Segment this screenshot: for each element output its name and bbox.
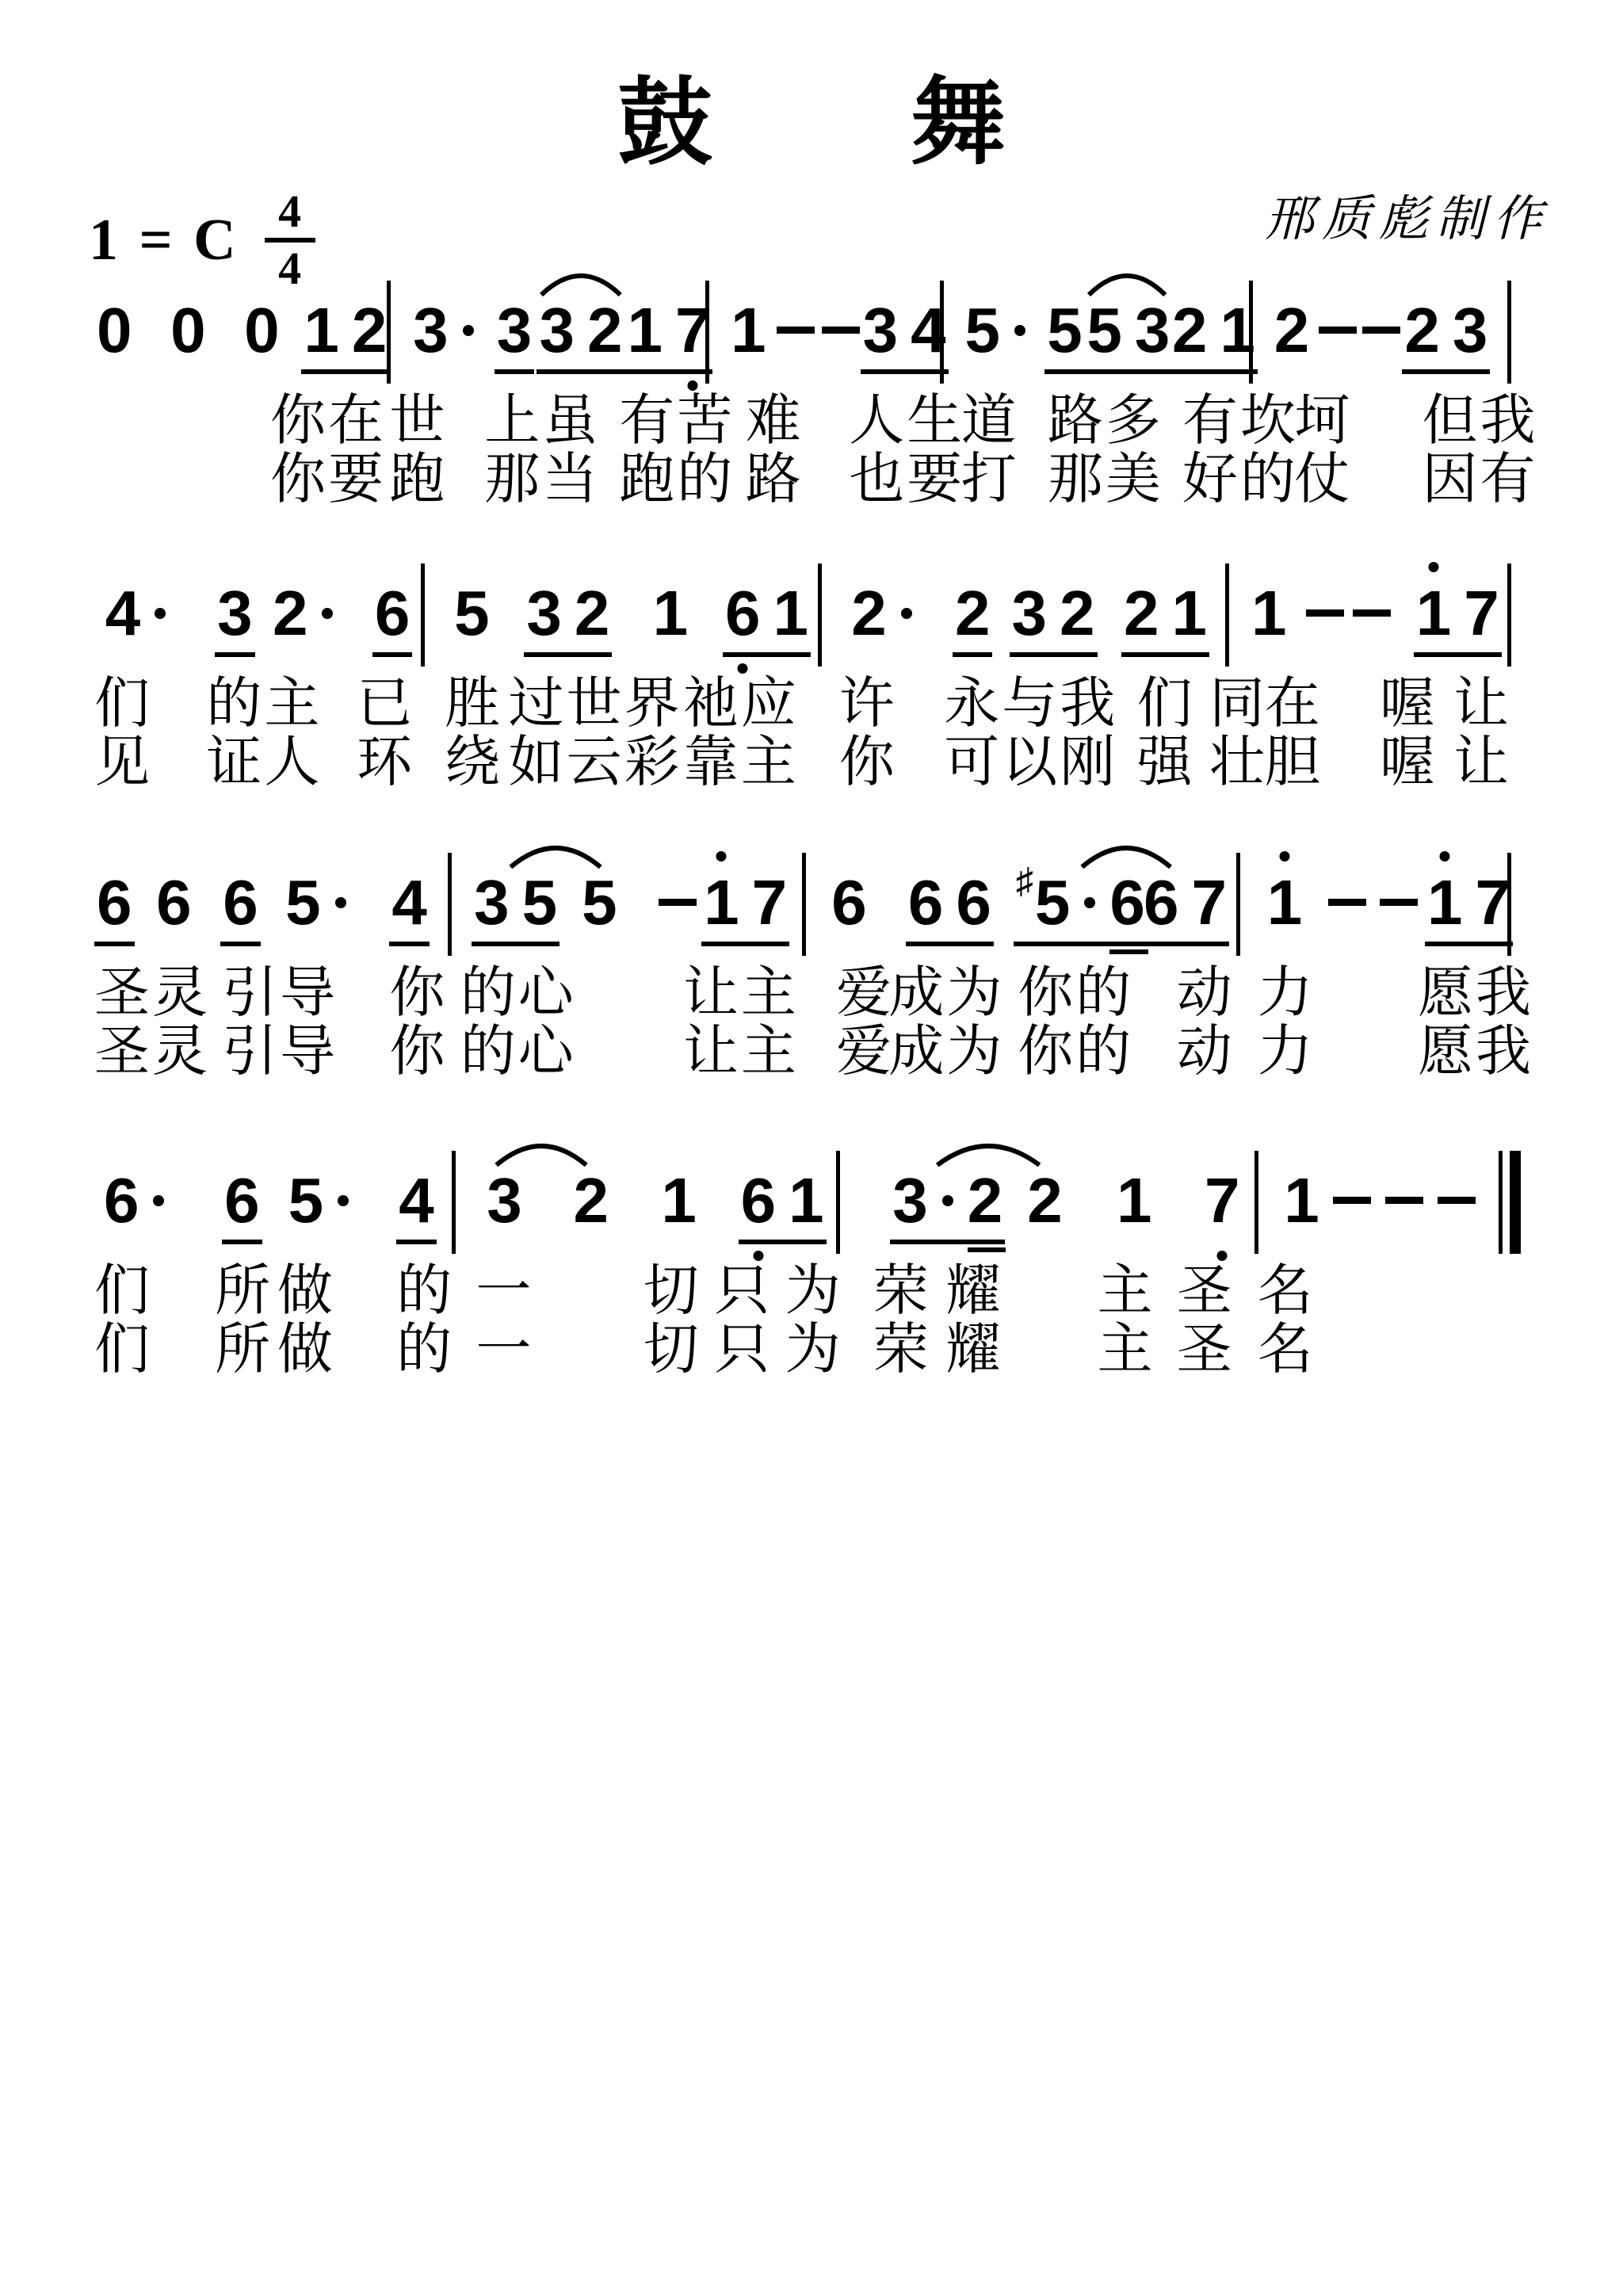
augmentation-dot	[1014, 325, 1025, 336]
note-group: 21	[1121, 583, 1209, 657]
lyric-chunk: 世	[389, 390, 447, 451]
note-digit: 2	[575, 583, 610, 644]
note-group: 6	[829, 872, 869, 934]
note-group: 0	[168, 300, 208, 361]
note-group: 17	[701, 872, 789, 946]
note-group: 1	[1281, 1170, 1322, 1232]
lyric-chunk: 做	[277, 1319, 335, 1380]
music-system-1: 00012333217134555321223 你在世上虽有苦难人生道路多有坎坷…	[94, 300, 1513, 379]
lyric-chunk: 的心	[460, 962, 576, 1023]
note: 3	[892, 1170, 928, 1232]
beamed-notes: 61	[723, 583, 811, 657]
note-group: 6	[94, 872, 135, 946]
lyric-chunk: 名	[1258, 1319, 1316, 1380]
note: 1	[661, 1170, 697, 1232]
duration-dash	[1380, 899, 1418, 906]
lyric-chunk: 圣	[1177, 1319, 1235, 1380]
note: 1	[1427, 872, 1463, 934]
notation-line: 6665435517666♯5667117	[94, 872, 1513, 951]
note-digit: 6	[831, 872, 867, 934]
lyric-chunk: 为	[785, 1260, 843, 1321]
barline	[1254, 1151, 1258, 1254]
augmentation-dot	[335, 897, 346, 908]
key-signature: 1 = C 4 4	[89, 189, 320, 292]
lyric-chunk: 过世界	[509, 673, 682, 734]
note-group: 1	[1114, 1170, 1155, 1232]
note: 3	[413, 300, 449, 361]
lyric-chunk: 上虽	[484, 390, 600, 451]
note: 7	[1464, 583, 1499, 644]
note-group: 6	[154, 872, 194, 934]
slur-arc	[495, 1135, 588, 1167]
lyric-chunk: 同	[1209, 673, 1267, 734]
duration-dash	[659, 899, 697, 906]
note-digit: 7	[1464, 583, 1499, 644]
lyric-chunk: 人生	[849, 390, 964, 451]
lyric-chunk: 们	[94, 1319, 152, 1380]
beamed-notes: 53	[1084, 300, 1172, 374]
note-digit: 5	[522, 872, 558, 934]
lyric-chunk: 切	[643, 1260, 701, 1321]
note-digit: 3	[526, 583, 562, 644]
note-digit: 1	[1267, 872, 1303, 934]
note-digit: 1	[1251, 583, 1287, 644]
barline	[1249, 281, 1253, 384]
final-barline-thick	[1510, 1151, 1521, 1254]
lyric-chunk: 们	[1137, 673, 1195, 734]
lyric-chunk: 那美	[1048, 449, 1163, 510]
beamed-notes: 66	[906, 872, 994, 946]
notes: 1	[1114, 1170, 1155, 1232]
note: 1	[1284, 1170, 1319, 1232]
barline	[1507, 853, 1511, 956]
lyric-chunk: 愿我	[1418, 962, 1533, 1023]
beamed-notes: 32	[524, 583, 612, 657]
note-group: 2	[1025, 1170, 1065, 1232]
lyric-chunk: 强	[1137, 732, 1195, 793]
augmentation-dot	[153, 1195, 164, 1206]
lyric-chunk: 成为	[888, 962, 1004, 1023]
notes: 1	[1281, 1170, 1322, 1232]
note: 6	[375, 583, 411, 644]
beamed-notes: 21	[1121, 583, 1209, 657]
note-group: 5	[452, 583, 492, 644]
notes: 7	[1202, 1170, 1243, 1232]
note-digit: 2	[1027, 1170, 1063, 1232]
lyric-chunk: 靠主	[683, 732, 799, 793]
notes: 2	[1025, 1170, 1065, 1232]
lyric-chunk: 你	[389, 1021, 447, 1082]
note: 1	[304, 300, 339, 361]
note: 3	[497, 300, 533, 361]
note: 2	[273, 583, 308, 644]
lyric-chunk: 有苦	[619, 390, 735, 451]
note: 6	[156, 872, 192, 934]
lyric-chunk: 只	[714, 1319, 772, 1380]
notes: 2	[571, 1170, 611, 1232]
note-group: 4	[389, 872, 430, 946]
lyric-chunk: 打	[961, 449, 1019, 510]
note: 2	[968, 1170, 1003, 1232]
notes: 1	[651, 583, 691, 644]
note-group: 34	[861, 300, 949, 374]
note-digit: 3	[1453, 300, 1488, 361]
lyrics-verse-1: 们的主已胜过世界祂应许永与我们同在喔让	[94, 673, 1513, 736]
note-digit: 2	[1060, 583, 1095, 644]
lyric-chunk: 也要	[849, 449, 964, 510]
note-digit: 0	[244, 300, 280, 361]
note: 7	[1476, 872, 1511, 934]
note: 2	[587, 300, 623, 361]
note-digit: 6	[1109, 872, 1145, 934]
note-digit: 6	[223, 872, 258, 934]
note: 1	[773, 583, 808, 644]
lyric-chunk: 胜	[445, 673, 502, 734]
lyric-chunk: 一	[476, 1319, 534, 1380]
lyric-chunk: 只	[714, 1260, 772, 1321]
notes: 5	[286, 1170, 353, 1232]
note-group: 3	[215, 583, 255, 657]
note-digit: 2	[273, 583, 308, 644]
lyric-chunk: 因有	[1422, 449, 1537, 510]
note-digit: 2	[587, 300, 623, 361]
barline	[421, 563, 425, 667]
lyric-chunk: 许	[839, 673, 897, 734]
lyric-chunk: 你	[389, 962, 447, 1023]
note-digit: 6	[156, 872, 192, 934]
lyric-chunk: 动	[1177, 962, 1235, 1023]
lyric-chunk: 好的	[1182, 449, 1298, 510]
song-title-char-2: 舞	[911, 76, 1006, 171]
lyric-chunk: 如云彩	[509, 732, 682, 793]
lyric-chunk: 成为	[888, 1021, 1004, 1082]
lyric-chunk: 见	[94, 732, 152, 793]
note-digit: 7	[1476, 872, 1511, 934]
lyric-chunk: 名	[1258, 1260, 1316, 1321]
note: 5	[1047, 300, 1083, 361]
lyric-chunk: 所	[215, 1319, 273, 1380]
note-group: 61	[723, 583, 811, 657]
note-group: 0	[242, 300, 282, 361]
note: 1	[1416, 583, 1452, 644]
beamed-notes: 4	[389, 872, 430, 946]
note: 7	[752, 872, 788, 934]
lyric-chunk: 你在	[270, 390, 386, 451]
slur-arc	[1080, 837, 1172, 869]
notes: 1	[1249, 583, 1289, 644]
note: ♯5	[1016, 872, 1071, 934]
note: 5	[1086, 300, 1122, 361]
beamed-notes: 4	[396, 1170, 437, 1244]
beamed-notes: 61	[739, 1170, 827, 1244]
duration-dash	[822, 327, 860, 334]
lyric-chunk: 祂应	[683, 673, 799, 734]
note-digit: 3	[892, 1170, 928, 1232]
note-group: 2	[1272, 300, 1312, 361]
note-group: 4	[103, 583, 170, 644]
note: 7	[1192, 872, 1228, 934]
note-group: 5	[962, 300, 1029, 361]
note-group: 3	[495, 300, 535, 374]
note-digit: 4	[391, 872, 427, 934]
note-group: 2	[571, 1170, 611, 1232]
lyric-chunk: 动	[1177, 1021, 1235, 1082]
lyrics-verse-2: 见证人环绕如云彩靠主你可以刚强壮胆喔让	[94, 732, 1513, 795]
note-digit: 1	[653, 583, 689, 644]
note: 6	[741, 1170, 777, 1232]
note-digit: 5	[582, 872, 617, 934]
barline	[1236, 853, 1240, 956]
music-system-2: 4326532161223221117 们的主已胜过世界祂应许永与我们同在喔让 …	[94, 583, 1513, 662]
augmentation-dot	[1084, 897, 1095, 908]
lyrics-verse-1: 你在世上虽有苦难人生道路多有坎坷但我	[94, 390, 1513, 453]
note-digit: 1	[789, 1170, 824, 1232]
slur-arc	[935, 1135, 1041, 1167]
lyric-chunk: 你	[839, 732, 897, 793]
note: 5	[522, 872, 558, 934]
note: 1	[704, 872, 739, 934]
note: 7	[1205, 1170, 1240, 1232]
note-digit: 3	[863, 300, 899, 361]
lyric-chunk: 的	[396, 1319, 454, 1380]
lyric-chunk: 跑	[389, 449, 447, 510]
notes: 2	[849, 583, 916, 644]
notes: 4	[103, 583, 170, 644]
beamed-notes: 6	[220, 872, 261, 946]
barline	[387, 281, 391, 384]
lyric-chunk: 力	[1258, 962, 1316, 1023]
note-digit: 7	[1192, 872, 1228, 934]
notes: 5	[283, 872, 350, 934]
lyrics-verse-1: 们所做的一切只为荣耀主圣名	[94, 1260, 1513, 1324]
music-system-3: 6665435517666♯5667117 圣灵引导你的心让主爱成为你的动力愿我…	[94, 872, 1513, 951]
note-digit: 2	[1274, 300, 1310, 361]
note-digit: 1	[1416, 583, 1452, 644]
notes: 5	[579, 872, 620, 934]
lyric-chunk: 环	[357, 732, 414, 793]
note: 3	[1135, 300, 1170, 361]
notes: 5	[452, 583, 492, 644]
note-group: 1	[651, 583, 691, 644]
lyric-chunk: 引导	[222, 1021, 338, 1082]
note: 6	[1109, 872, 1145, 934]
note-group: 66	[906, 872, 994, 946]
note-group: 32	[537, 300, 624, 374]
lyric-chunk: 你要	[270, 449, 386, 510]
note-group: 67	[1141, 872, 1229, 946]
note-digit: 6	[375, 583, 411, 644]
beamed-notes: 34	[861, 300, 949, 374]
note-group: 3	[484, 1170, 525, 1232]
notes: 6	[101, 1170, 169, 1232]
note-group: 6	[372, 583, 413, 657]
notes: 3	[484, 1170, 525, 1232]
lyric-chunk: 力	[1258, 1021, 1316, 1082]
lyric-chunk: 圣灵	[94, 962, 210, 1023]
note: 2	[1274, 300, 1310, 361]
note-digit: 1	[1427, 872, 1463, 934]
lyric-chunk: 绕	[445, 732, 502, 793]
note-group: 32	[1010, 583, 1098, 657]
note-digit: 4	[105, 583, 141, 644]
lyric-chunk: 喔	[1380, 673, 1438, 734]
note: 2	[1027, 1170, 1063, 1232]
note-digit: 1	[773, 583, 808, 644]
notation-line: 665432161322171	[94, 1170, 1513, 1249]
lyric-chunk: 有坎	[1182, 390, 1298, 451]
slur-arc	[1087, 265, 1167, 296]
note-digit: 2	[573, 1170, 609, 1232]
notes: 1	[659, 1170, 699, 1232]
beamed-notes: 17	[624, 300, 712, 374]
lyric-chunk: 引导	[222, 962, 338, 1023]
lyrics-verse-2: 圣灵引导你的心让主爱成为你的动力愿我	[94, 1021, 1513, 1084]
high-octave-dot	[1428, 562, 1438, 572]
lyric-chunk: 跑的	[619, 449, 735, 510]
lyric-chunk: 的	[396, 1260, 454, 1321]
final-barline-thin	[1499, 1151, 1503, 1254]
beamed-notes: 21	[1170, 300, 1258, 374]
lyric-chunk: 让主	[683, 1021, 799, 1082]
note-digit: 6	[1144, 872, 1179, 934]
note-digit: 1	[704, 872, 739, 934]
lyric-chunk: 主	[1098, 1319, 1155, 1380]
time-signature-top: 4	[278, 189, 301, 235]
lyrics-verse-2: 你要跑那当跑的路也要打那美好的仗因有	[94, 449, 1513, 512]
note: 6	[725, 583, 761, 644]
note: 4	[105, 583, 141, 644]
note-group: 2	[270, 583, 338, 644]
note: 3	[863, 300, 899, 361]
note-group: 61	[739, 1170, 827, 1244]
lyric-chunk: 壮	[1209, 732, 1267, 793]
lyrics-verse-2: 们所做的一切只为荣耀主圣名	[94, 1319, 1513, 1382]
note-group: 7	[1202, 1170, 1243, 1232]
note-digit: 5	[454, 583, 490, 644]
note: 6	[908, 872, 944, 934]
beamed-notes: 67	[1141, 872, 1229, 946]
note: 2	[955, 583, 991, 644]
key-label: 1 = C	[89, 211, 239, 269]
beamed-notes: 32	[890, 1170, 1005, 1244]
note-digit: 3	[1012, 583, 1048, 644]
note: 5	[288, 1170, 324, 1232]
note-digit: 6	[104, 1170, 139, 1232]
duration-dash	[1438, 1197, 1476, 1204]
lyric-chunk: 路多	[1048, 390, 1163, 451]
note: 2	[1172, 300, 1208, 361]
note-digit: 7	[1205, 1170, 1240, 1232]
notes: 1	[1265, 872, 1305, 934]
beamed-notes: 17	[1414, 583, 1502, 657]
note: 5	[285, 872, 321, 934]
note-digit: 6	[725, 583, 761, 644]
note: 2	[575, 583, 610, 644]
beamed-notes: 5	[1044, 300, 1085, 374]
notes: 6	[829, 872, 869, 934]
note: 6	[97, 872, 132, 934]
beamed-notes: 32	[537, 300, 624, 374]
lyric-chunk: 圣	[1177, 1260, 1235, 1321]
lyric-chunk: 证人	[206, 732, 322, 793]
barline	[705, 281, 709, 384]
note: 1	[1117, 1170, 1152, 1232]
lyric-chunk: 路	[746, 449, 804, 510]
sheet-music-page: { "page": { "background": "#ffffff", "in…	[0, 0, 1623, 2296]
notes: 1	[728, 300, 769, 361]
duration-dash	[1353, 609, 1391, 617]
lyric-chunk: 所	[215, 1260, 273, 1321]
note: 1	[1171, 583, 1207, 644]
note-digit: 5	[1047, 300, 1083, 361]
lyric-chunk: 喔	[1380, 732, 1438, 793]
note-digit: 1	[627, 300, 663, 361]
note: 1	[789, 1170, 824, 1232]
note-digit: 3	[413, 300, 449, 361]
lyrics-verse-1: 圣灵引导你的心让主爱成为你的动力愿我	[94, 962, 1513, 1026]
augmentation-dot	[942, 1195, 953, 1206]
notes: 6	[154, 872, 194, 934]
lyric-chunk: 愿我	[1418, 1021, 1533, 1082]
barline	[836, 1151, 840, 1254]
note: 6	[224, 1170, 260, 1232]
lyric-chunk: 在	[1265, 673, 1323, 734]
note-digit: 6	[224, 1170, 260, 1232]
note-group: 6	[101, 1170, 169, 1232]
note: 6	[223, 872, 258, 934]
barline	[802, 853, 806, 956]
note-digit: 5	[285, 872, 321, 934]
lyric-chunk: 荣	[873, 1260, 931, 1321]
beamed-notes: ♯56	[1014, 872, 1148, 946]
duration-dash	[1306, 609, 1344, 617]
note-group: 21	[1170, 300, 1258, 374]
notes: 0	[94, 300, 135, 361]
note-digit: 2	[1172, 300, 1208, 361]
lyric-chunk: 可以刚	[944, 732, 1117, 793]
note-digit: 3	[217, 583, 253, 644]
note-group: 1	[1265, 872, 1305, 934]
lyric-chunk: 切	[643, 1319, 701, 1380]
note-digit: 6	[956, 872, 991, 934]
lyric-chunk: 的主	[206, 673, 322, 734]
beamed-notes: 2	[953, 583, 993, 657]
note-digit: 0	[170, 300, 206, 361]
high-octave-dot	[716, 851, 727, 861]
lyric-chunk: 的心	[460, 1021, 576, 1082]
lyric-chunk: 你的	[1018, 1021, 1133, 1082]
note: 5	[582, 872, 617, 934]
augmentation-dot	[463, 325, 474, 336]
note-digit: 2	[1404, 300, 1440, 361]
note-digit: 0	[97, 300, 132, 361]
lyric-chunk: 一	[476, 1260, 534, 1321]
beamed-notes: 23	[1402, 300, 1490, 374]
note-group: 32	[524, 583, 612, 657]
high-octave-dot	[1440, 851, 1450, 861]
note-digit: 2	[968, 1170, 1003, 1232]
note: 1	[1251, 583, 1287, 644]
augmentation-dot	[155, 608, 166, 619]
note: 6	[1144, 872, 1179, 934]
note-group: 5	[283, 872, 350, 934]
lyric-chunk: 胆	[1265, 732, 1323, 793]
note: 2	[1124, 583, 1159, 644]
note-group: 5	[286, 1170, 353, 1232]
duration-dash	[1385, 1197, 1423, 1204]
note-group: 32	[890, 1170, 1005, 1244]
lyric-chunk: 荣	[873, 1319, 931, 1380]
